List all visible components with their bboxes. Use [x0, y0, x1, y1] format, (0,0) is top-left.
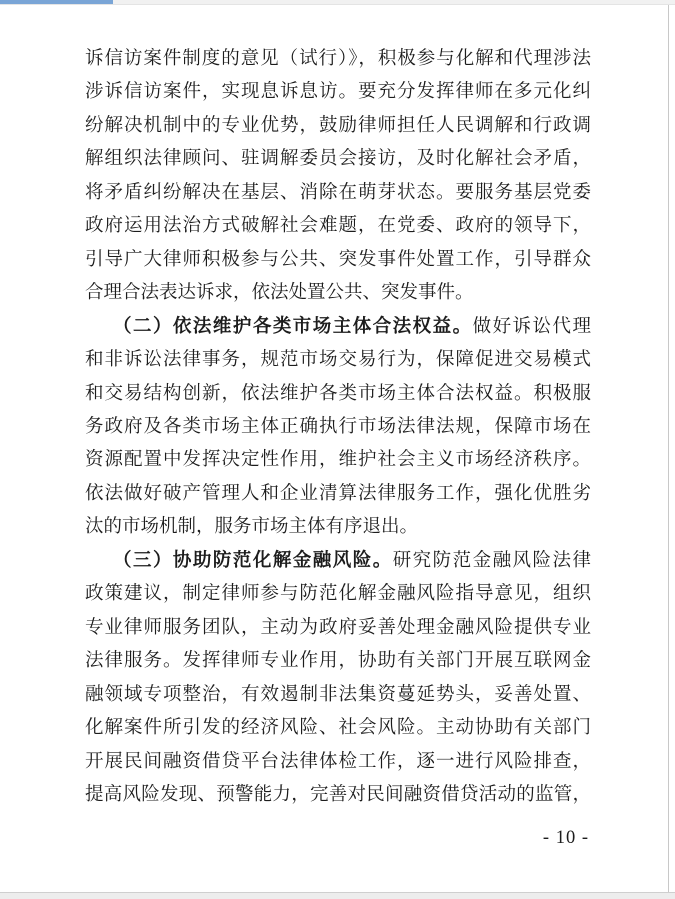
document-line: （三）协助防范化解金融风险。研究防范金融风险法律 [85, 545, 591, 578]
document-line: 提高风险发现、预警能力，完善对民间融资借贷活动的监管， [85, 779, 591, 812]
bottom-strip [0, 892, 675, 899]
text-lines: 诉信访案件制度的意见（试行）》，积极参与化解和代理涉法涉诉信访案件，实现息诉息访… [85, 43, 591, 812]
document-line: 融领域专项整治，有效遏制非法集资蔓延势头，妥善处置、 [85, 679, 591, 712]
document-line: 务政府及各类市场主体正确执行市场法律法规，保障市场在 [85, 411, 591, 444]
document-line: 开展民间融资借贷平台法律体检工作，逐一进行风险排查， [85, 746, 591, 779]
document-line: 引导广大律师积极参与公共、突发事件处置工作，引导群众 [85, 244, 591, 277]
document-line: 解组织法律顾问、驻调解委员会接访，及时化解社会矛盾， [85, 143, 591, 176]
document-line: 和交易结构创新，依法维护各类市场主体合法权益。积极服 [85, 378, 591, 411]
document-viewer: 诉信访案件制度的意见（试行）》，积极参与化解和代理涉法涉诉信访案件，实现息诉息访… [0, 0, 675, 899]
document-line: 汰的市场机制，服务市场主体有序退出。 [85, 511, 591, 544]
document-line: 依法做好破产管理人和企业清算法律服务工作，强化优胜劣 [85, 478, 591, 511]
document-line: 专业律师服务团队，主动为政府妥善处理金融风险提供专业 [85, 612, 591, 645]
page-number: - 10 - [543, 822, 589, 855]
document-line: 政策建议，制定律师参与防范化解金融风险指导意见，组织 [85, 578, 591, 611]
document-line: 合理合法表达诉求，依法处置公共、突发事件。 [85, 277, 591, 310]
document-page: 诉信访案件制度的意见（试行）》，积极参与化解和代理涉法涉诉信访案件，实现息诉息访… [0, 5, 669, 893]
section-heading: （二）依法维护各类市场主体合法权益。 [113, 317, 473, 337]
document-line: 涉诉信访案件，实现息诉息访。要充分发挥律师在多元化纠 [85, 76, 591, 109]
progress-bar-segment [0, 0, 113, 4]
document-line: 将矛盾纠纷解决在基层、消除在萌芽状态。要服务基层党委 [85, 177, 591, 210]
document-line: 诉信访案件制度的意见（试行）》，积极参与化解和代理涉法 [85, 43, 591, 76]
document-line: 和非诉讼法律事务，规范市场交易行为，保障促进交易模式 [85, 344, 591, 377]
document-line: 化解案件所引发的经济风险、社会风险。主动协助有关部门 [85, 712, 591, 745]
document-line: 资源配置中发挥决定性作用，维护社会主义市场经济秩序。 [85, 444, 591, 477]
document-line: 政府运用法治方式破解社会难题，在党委、政府的领导下， [85, 210, 591, 243]
document-line: （二）依法维护各类市场主体合法权益。做好诉讼代理 [85, 311, 591, 344]
section-heading: （三）协助防范化解金融风险。 [113, 551, 393, 571]
document-line: 纷解决机制中的专业优势，鼓励律师担任人民调解和行政调 [85, 110, 591, 143]
document-line: 法律服务。发挥律师专业作用，协助有关部门开展互联网金 [85, 645, 591, 678]
